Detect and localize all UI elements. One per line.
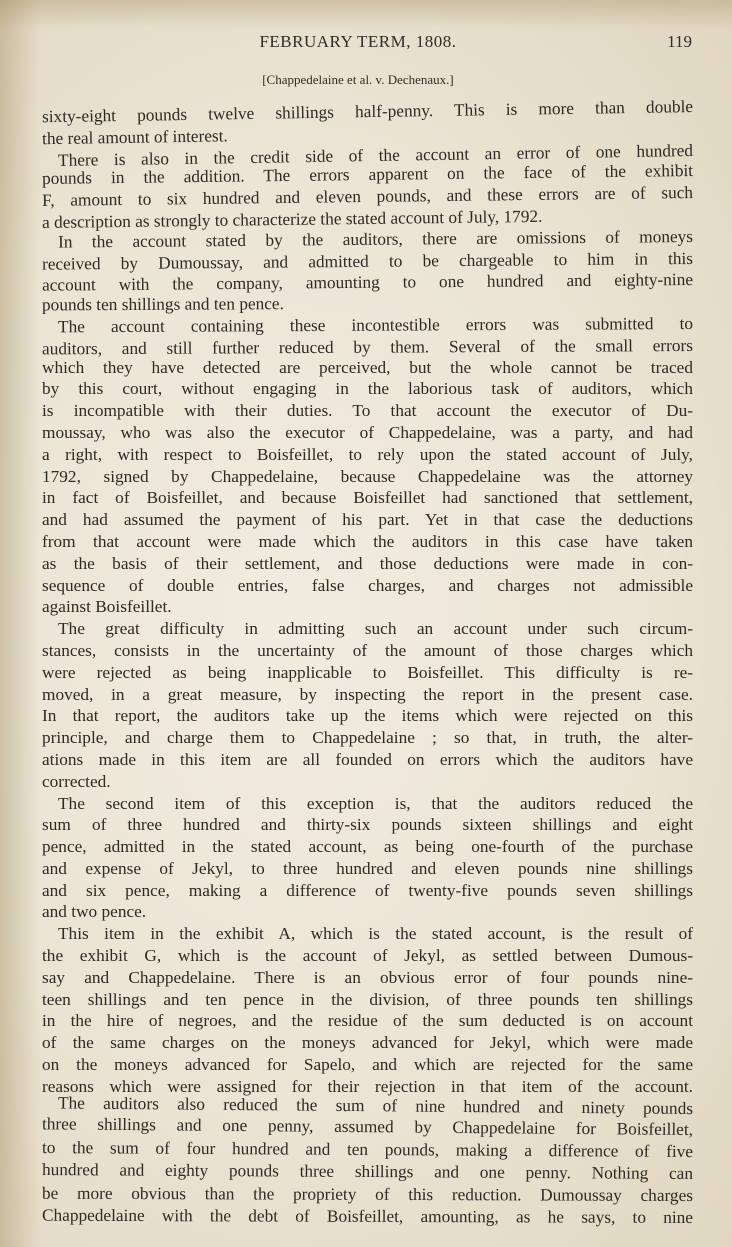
- text-line: stances, consists in the uncertainty of …: [42, 640, 693, 662]
- text-line: The second item of this exception is, th…: [42, 793, 693, 815]
- text-line: moved, in a great measure, by inspecting…: [42, 684, 693, 706]
- text-line: by this court, without engaging in the l…: [42, 378, 693, 400]
- text-line: pence, admitted in the stated account, a…: [42, 836, 693, 858]
- text-line: and expense of Jekyl, to three hundred a…: [42, 858, 693, 880]
- text-line: This item in the exhibit A, which is the…: [42, 923, 693, 945]
- page-number: 119: [667, 32, 692, 52]
- text-line: moussay, who was also the executor of Ch…: [42, 422, 693, 444]
- text-line: 1792, signed by Chappedelaine, because C…: [42, 466, 693, 488]
- body-text: sixty-eight pounds twelve shillings half…: [42, 95, 693, 1228]
- text-line: were rejected as being inapplicable to B…: [42, 662, 693, 684]
- text-line: be more obvious than the propriety of th…: [42, 1183, 693, 1207]
- text-line: as the basis of their settlement, and th…: [42, 553, 693, 575]
- text-line: on the moneys advanced for Sapelo, and w…: [42, 1054, 693, 1076]
- text-line: The great difficulty in admitting such a…: [42, 618, 693, 640]
- text-line: ations made in this item are all founded…: [42, 749, 693, 771]
- text-line: of the same charges on the moneys advanc…: [42, 1032, 693, 1054]
- text-line: teen shillings and ten pence in the divi…: [42, 989, 693, 1011]
- text-line: in fact of Boisfeillet, and because Bois…: [42, 487, 693, 509]
- text-line: auditors, and still further reduced by t…: [42, 335, 693, 360]
- text-line: a right, with respect to Boisfeillet, to…: [42, 444, 693, 466]
- text-line: is incompatible with their duties. To th…: [42, 400, 693, 422]
- running-title: FEBRUARY TERM, 1808.: [0, 32, 724, 52]
- text-line: against Boisfeillet.: [42, 596, 693, 618]
- text-line: and six pence, making a difference of tw…: [42, 880, 693, 902]
- running-head: FEBRUARY TERM, 1808. 119: [0, 32, 732, 56]
- book-page: FEBRUARY TERM, 1808. 119 [Chappedelaine …: [0, 0, 732, 1247]
- text-line: sequence of double entries, false charge…: [42, 575, 693, 597]
- text-line: and had assumed the payment of his part.…: [42, 509, 693, 531]
- text-line: say and Chappedelaine. There is an obvio…: [42, 967, 693, 989]
- text-line: and two pence.: [42, 901, 693, 923]
- text-line: The account containing these incontestib…: [42, 313, 693, 338]
- text-line: sum of three hundred and thirty-six poun…: [42, 814, 693, 836]
- text-line: hundred and eighty pounds three shilling…: [42, 1159, 693, 1185]
- text-line: principle, and charge them to Chappedela…: [42, 727, 693, 749]
- text-line: the exhibit G, which is the account of J…: [42, 945, 693, 967]
- text-line: from that account were made which the au…: [42, 531, 693, 553]
- text-line: In that report, the auditors take up the…: [42, 705, 693, 727]
- text-line: which they have detected are perceived, …: [42, 357, 693, 379]
- case-caption: [Chappedelaine et al. v. Dechenaux.]: [0, 72, 724, 88]
- text-line: in the hire of negroes, and the residue …: [42, 1010, 693, 1032]
- text-line: corrected.: [42, 771, 693, 793]
- text-line: Chappedelaine with the debt of Boisfeill…: [42, 1204, 693, 1228]
